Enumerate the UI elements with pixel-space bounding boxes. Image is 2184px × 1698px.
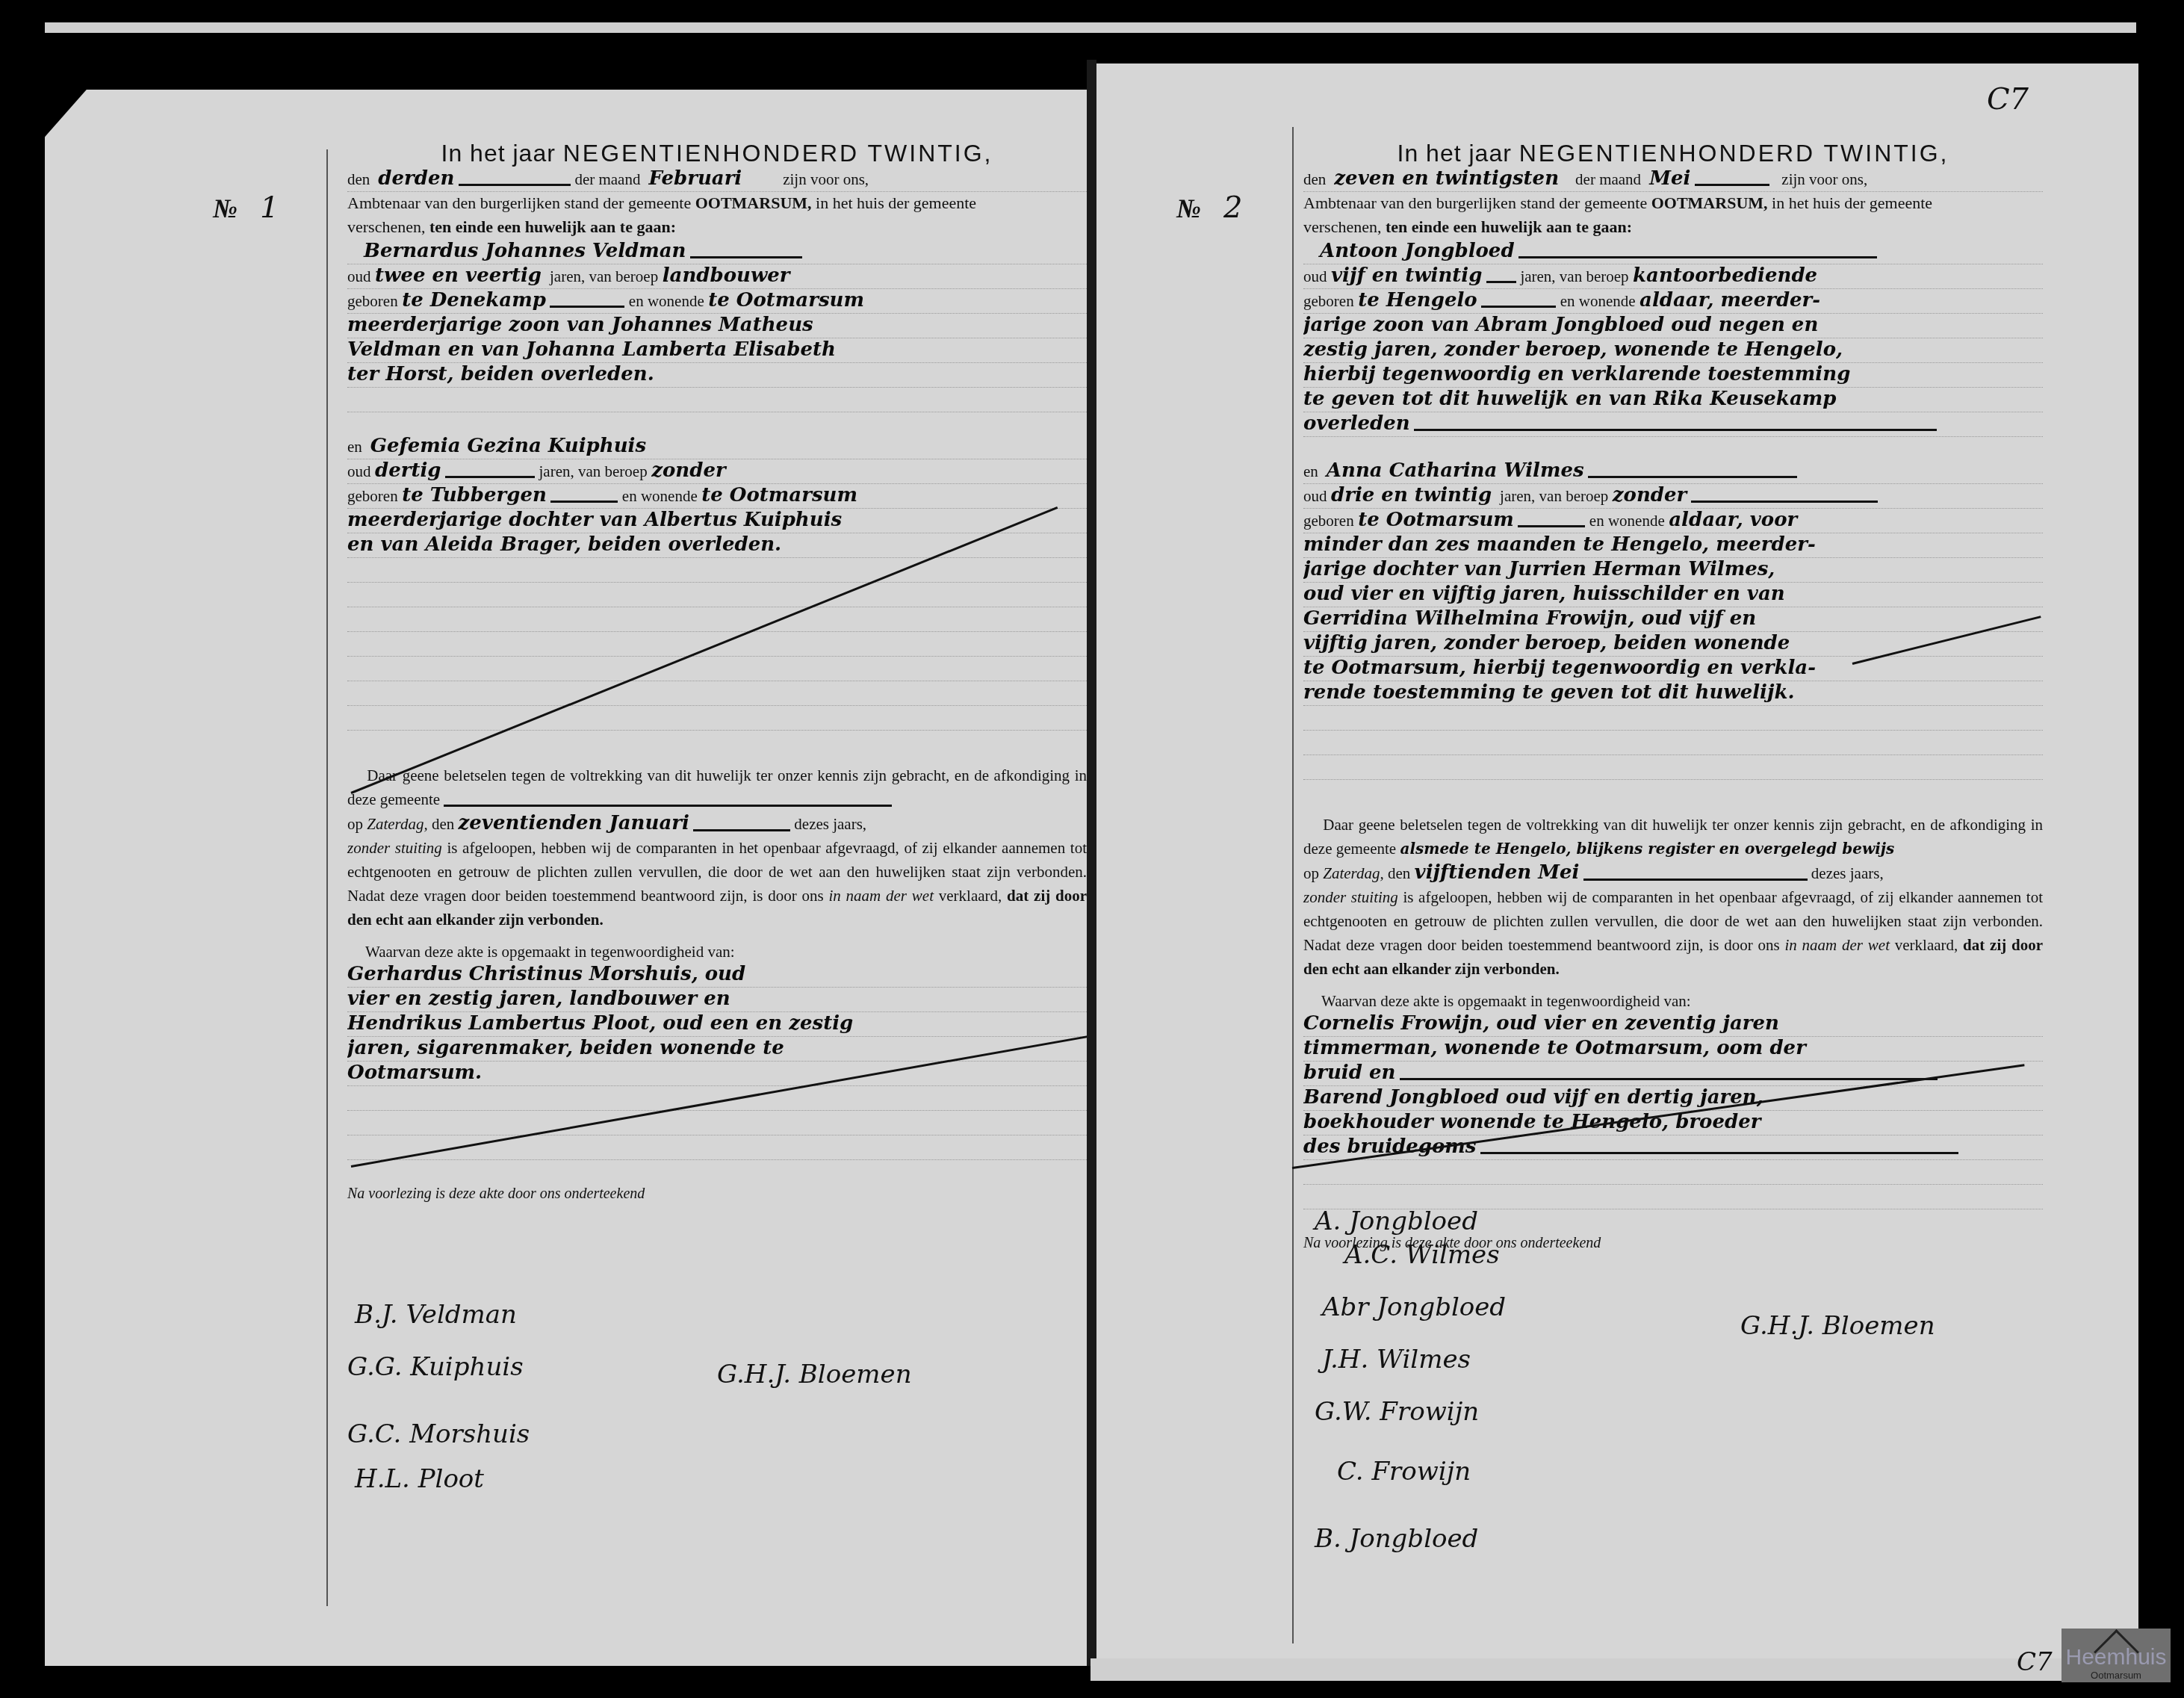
signature-parent: Abr Jongbloed [1322, 1292, 1506, 1322]
signature-groom: B.J. Veldman [355, 1300, 517, 1330]
ten-einde: ten einde een huwelijk aan te gaan: [429, 217, 676, 236]
signature-parent: J.H. Wilmes [1322, 1345, 1471, 1375]
bride-name-line: en Anna Catharina Wilmes [1303, 459, 2043, 484]
groom-name: Antoon Jongbloed [1320, 240, 1515, 262]
ambtenaar-line: Ambtenaar van den burgerlijken stand der… [1303, 192, 2043, 216]
in-het-huis: in het huis der gemeente [816, 193, 976, 212]
wonende-label: en wonende [1589, 512, 1665, 530]
witness-line: Gerhardus Christinus Morshuis, oud [347, 963, 1087, 988]
zonder-stuiting: zonder stuiting [1303, 888, 1398, 906]
witness-text: jaren, sigarenmaker, beiden wonende te [347, 1037, 784, 1059]
den-label: den [347, 170, 370, 188]
bride-residence: te Ootmarsum [701, 484, 857, 506]
groom-extra-line: hierbij tegenwoordig en verklarende toes… [1303, 363, 2043, 388]
blank-line [347, 657, 1087, 681]
month-value: Februari [648, 167, 742, 190]
groom-age-line: oud vijf en twintig jaren, van beroep ka… [1303, 264, 2043, 289]
bride-born-line: geboren te Tubbergen en wonende te Ootma… [347, 484, 1087, 509]
month-label: der maand [1575, 170, 1641, 188]
witness-line: bruid en [1303, 1062, 2043, 1086]
groom-extra-line: Veldman en van Johanna Lamberta Elisabet… [347, 338, 1087, 363]
corner-mark-top: C7 [1987, 82, 2029, 117]
day-value: zeven en twintigsten [1334, 167, 1559, 190]
bride-extra-line: en van Aleida Brager, beiden overleden. [347, 533, 1087, 558]
bride-extra: minder dan zes maanden te Hengelo, meerd… [1303, 533, 1816, 556]
signature-witness: G.C. Morshuis [347, 1419, 530, 1449]
groom-age: vijf en twintig [1331, 264, 1482, 287]
bride-profession: zonder [1613, 484, 1687, 506]
witness-text: bruid en [1303, 1062, 1395, 1084]
beroep-label: jaren, van beroep [1500, 487, 1608, 505]
groom-name: Bernardus Johannes Veldman [364, 240, 686, 262]
akte-2: In het jaar NEGENTIENHONDERD TWINTIG, de… [1303, 142, 2043, 1254]
bride-extra-line: Gerridina Wilhelmina Frowijn, oud vijf e… [1303, 607, 2043, 632]
groom-extra-line: meerderjarige zoon van Johannes Matheus [347, 314, 1087, 338]
groom-profession: landbouwer [663, 264, 790, 287]
zaterdag-label: Zaterdag, [367, 815, 427, 833]
oud-label: oud [1303, 267, 1327, 285]
groom-residence: te Ootmarsum [708, 289, 864, 312]
witness-text: Gerhardus Christinus Morshuis, oud [347, 963, 745, 985]
bride-age: drie en twintig [1331, 484, 1492, 506]
groom-extra: overleden [1303, 412, 1410, 435]
bride-extra: en van Aleida Brager, beiden overleden. [347, 533, 781, 556]
akte-number-1: №1 [213, 190, 279, 225]
groom-age-line: oud twee en veertig jaren, van beroep la… [347, 264, 1087, 289]
den-label: den [1303, 170, 1326, 188]
signature-bride: A.C. Wilmes [1344, 1240, 1500, 1270]
right-margin-rule [1292, 127, 1294, 1643]
verschenen: verschenen, [347, 217, 425, 236]
declaration-paragraph: Daar geene beletselen tegen de voltrekki… [347, 763, 1087, 932]
groom-extra: hierbij tegenwoordig en verklarende toes… [1303, 363, 1850, 385]
blank-line [347, 1111, 1087, 1135]
groom-age: twee en veertig [375, 264, 542, 287]
verklaard: verklaard, [939, 887, 1002, 905]
heading-prefix: In het jaar [1397, 140, 1512, 167]
watermark-logo: Heemhuis Ootmarsum [2062, 1629, 2171, 1682]
witness-text: Barend Jongbloed oud vijf en dertig jare… [1303, 1086, 1763, 1109]
bride-born: te Ootmarsum [1358, 509, 1514, 531]
bride-name-line: en Gefemia Gezina Kuiphuis [347, 435, 1087, 459]
blank-line [347, 558, 1087, 583]
signature-groom: A. Jongbloed [1315, 1206, 1478, 1236]
groom-born: te Hengelo [1358, 289, 1477, 312]
ambtenaar-text: Ambtenaar van den burgerlijken stand der… [347, 193, 691, 212]
groom-extra: meerderjarige zoon van Johannes Matheus [347, 314, 813, 336]
geboren-label: geboren [347, 292, 398, 310]
gemeente-name: OOTMARSUM, [695, 193, 812, 212]
dezes-jaars: dezes jaars, [1811, 864, 1884, 882]
nr-label: № [1176, 193, 1201, 223]
zonder-stuiting: zonder stuiting [347, 839, 442, 857]
corner-mark-bottom: C7 [2017, 1647, 2053, 1677]
nr-label: № [213, 193, 238, 223]
witness-line: Ootmarsum. [347, 1062, 1087, 1086]
heading-prefix: In het jaar [441, 140, 556, 167]
bride-extra: Gerridina Wilhelmina Frowijn, oud vijf e… [1303, 607, 1756, 630]
den-label-2: den [432, 815, 454, 833]
page-edge-strip [45, 22, 2136, 33]
afkondiging-extra: alsmede te Hengelo, blijkens register en… [1400, 840, 1894, 858]
bride-born-line: geboren te Ootmarsum en wonende aldaar, … [1303, 509, 2043, 533]
witness-line: Barend Jongbloed oud vijf en dertig jare… [1303, 1086, 2043, 1111]
witness-line: jaren, sigarenmaker, beiden wonende te [347, 1037, 1087, 1062]
groom-extra: Veldman en van Johanna Lamberta Elisabet… [347, 338, 836, 361]
groom-extra-line: zestig jaren, zonder beroep, wonende te … [1303, 338, 2043, 363]
blank-line [1303, 706, 2043, 731]
zaterdag-label: Zaterdag, [1323, 864, 1383, 882]
akte-1: In het jaar NEGENTIENHONDERD TWINTIG, de… [347, 142, 1087, 1205]
bride-extra-line: jarige dochter van Jurrien Herman Wilmes… [1303, 558, 2043, 583]
signature-registrar: G.H.J. Bloemen [1740, 1311, 1935, 1341]
witness-line: timmerman, wonende te Ootmarsum, oom der [1303, 1037, 2043, 1062]
heading: In het jaar NEGENTIENHONDERD TWINTIG, [347, 142, 1087, 164]
witness-text: boekhouder wonende te Hengelo, broeder [1303, 1111, 1760, 1133]
zijn-voor-ons: zijn voor ons, [783, 170, 869, 188]
witness-line: des bruidegoms [1303, 1135, 2043, 1160]
date-line: den derden der maand Februari zijn voor … [347, 167, 1087, 192]
wonende-label: en wonende [622, 487, 698, 505]
declaration-paragraph: Daar geene beletselen tegen de voltrekki… [1303, 813, 2043, 981]
witness-text: timmerman, wonende te Ootmarsum, oom der [1303, 1037, 1806, 1059]
heading-year: NEGENTIENHONDERD TWINTIG, [563, 140, 993, 167]
in-naam: in naam der wet [828, 887, 934, 905]
zijn-voor-ons: zijn voor ons, [1781, 170, 1867, 188]
bride-age-line: oud dertig jaren, van beroep zonder [347, 459, 1087, 484]
bride-extra: jarige dochter van Jurrien Herman Wilmes… [1303, 558, 1775, 580]
date-line: den zeven en twintigsten der maand Mei z… [1303, 167, 2043, 192]
beroep-label: jaren, van beroep [1520, 267, 1628, 285]
groom-residence: aldaar, meerder- [1639, 289, 1820, 312]
waarvan-label: Waarvan deze akte is opgemaakt in tegenw… [347, 941, 1087, 963]
verschenen-line: verschenen, ten einde een huwelijk aan t… [347, 216, 1087, 240]
book-spine [1087, 60, 1096, 1666]
bride-extra-line: te Ootmarsum, hierbij tegenwoordig en ve… [1303, 657, 2043, 681]
blank-line [1303, 755, 2043, 780]
signature-witness: B. Jongbloed [1315, 1524, 1478, 1554]
op-label: op [347, 815, 363, 833]
verklaard: verklaard, [1895, 936, 1958, 954]
proclamation-date: zeventienden Januari [459, 812, 689, 834]
beroep-label: jaren, van beroep [539, 462, 648, 480]
bride-extra-line: rende toestemming te geven tot dit huwel… [1303, 681, 2043, 706]
in-naam: in naam der wet [1784, 936, 1890, 954]
blank-line [347, 607, 1087, 632]
geboren-label: geboren [347, 487, 398, 505]
bride-extra-line: minder dan zes maanden te Hengelo, meerd… [1303, 533, 2043, 558]
blank-line [347, 1086, 1087, 1111]
heading-year: NEGENTIENHONDERD TWINTIG, [1519, 140, 1949, 167]
daar-geene: Daar geene beletselen tegen de voltrekki… [1323, 816, 1945, 834]
bride-age: dertig [375, 459, 441, 482]
gemeente-name: OOTMARSUM, [1651, 193, 1768, 212]
page-edge-strip [1091, 1658, 2084, 1681]
signature-registrar: G.H.J. Bloemen [717, 1360, 912, 1389]
na-voorlezing: Na voorlezing is deze akte door ons onde… [347, 1183, 1087, 1205]
proclamation-date: vijftienden Mei [1415, 861, 1580, 884]
signature-bride: G.G. Kuiphuis [347, 1352, 524, 1382]
en-label: en [1303, 462, 1318, 480]
groom-born-line: geboren te Hengelo en wonende aldaar, me… [1303, 289, 2043, 314]
bride-extra: rende toestemming te geven tot dit huwel… [1303, 681, 1794, 704]
groom-name-line: Bernardus Johannes Veldman [347, 240, 1087, 264]
bride-residence: aldaar, voor [1669, 509, 1797, 531]
groom-extra: zestig jaren, zonder beroep, wonende te … [1303, 338, 1843, 361]
groom-extra: te geven tot dit huwelijk en van Rika Ke… [1303, 388, 1836, 410]
signature-witness: C. Frowijn [1337, 1457, 1471, 1487]
oud-label: oud [347, 462, 371, 480]
bride-extra-line: oud vier en vijftig jaren, huisschilder … [1303, 583, 2043, 607]
ten-einde: ten einde een huwelijk aan te gaan: [1386, 217, 1632, 236]
blank-line [347, 388, 1087, 412]
groom-extra-line: te geven tot dit huwelijk en van Rika Ke… [1303, 388, 2043, 412]
signature-parent: G.W. Frowijn [1315, 1397, 1479, 1427]
groom-extra: ter Horst, beiden overleden. [347, 363, 654, 385]
groom-extra-line: overleden [1303, 412, 2043, 437]
op-label: op [1303, 864, 1319, 882]
nr-value: 1 [260, 190, 279, 225]
oud-label: oud [347, 267, 371, 285]
witness-line: Cornelis Frowijn, oud vier en zeventig j… [1303, 1012, 2043, 1037]
groom-extra-line: jarige zoon van Abram Jongbloed oud nege… [1303, 314, 2043, 338]
den-label-2: den [1388, 864, 1410, 882]
geboren-label: geboren [1303, 292, 1354, 310]
left-margin-rule [326, 149, 328, 1606]
bride-extra: te Ootmarsum, hierbij tegenwoordig en ve… [1303, 657, 1816, 679]
in-het-huis: in het huis der gemeente [1772, 193, 1932, 212]
verschenen: verschenen, [1303, 217, 1381, 236]
wonende-label: en wonende [1560, 292, 1636, 310]
bride-extra: oud vier en vijftig jaren, huisschilder … [1303, 583, 1785, 605]
dezes-jaars: dezes jaars, [794, 815, 866, 833]
verschenen-line: verschenen, ten einde een huwelijk aan t… [1303, 216, 2043, 240]
bride-extra: meerderjarige dochter van Albertus Kuiph… [347, 509, 842, 531]
oud-label: oud [1303, 487, 1327, 505]
witness-text: Ootmarsum. [347, 1062, 482, 1084]
ambtenaar-line: Ambtenaar van den burgerlijken stand der… [347, 192, 1087, 216]
witness-text: Hendrikus Lambertus Ploot, oud een en ze… [347, 1012, 853, 1035]
groom-extra-line: ter Horst, beiden overleden. [347, 363, 1087, 388]
month-label: der maand [574, 170, 640, 188]
en-label: en [347, 438, 362, 456]
witness-line: Hendrikus Lambertus Ploot, oud een en ze… [347, 1012, 1087, 1037]
month-value: Mei [1649, 167, 1690, 190]
bride-extra-line: meerderjarige dochter van Albertus Kuiph… [347, 509, 1087, 533]
bride-born: te Tubbergen [402, 484, 547, 506]
blank-line [347, 681, 1087, 706]
blank-line [347, 583, 1087, 607]
daar-geene: Daar geene beletselen tegen de voltrekki… [367, 766, 989, 784]
blank-line [1303, 731, 2043, 755]
akte-number-2: №2 [1176, 190, 1242, 225]
bride-name: Anna Catharina Wilmes [1327, 459, 1584, 482]
day-value: derden [378, 167, 454, 190]
nr-value: 2 [1223, 190, 1242, 225]
bride-name: Gefemia Gezina Kuiphuis [370, 435, 646, 457]
heading: In het jaar NEGENTIENHONDERD TWINTIG, [1303, 142, 2043, 164]
witness-text: Cornelis Frowijn, oud vier en zeventig j… [1303, 1012, 1779, 1035]
bride-profession: zonder [651, 459, 725, 482]
groom-born-line: geboren te Denekamp en wonende te Ootmar… [347, 289, 1087, 314]
bride-extra: vijftig jaren, zonder beroep, beiden won… [1303, 632, 1790, 654]
waarvan-label: Waarvan deze akte is opgemaakt in tegenw… [1303, 990, 2043, 1012]
ambtenaar-text: Ambtenaar van den burgerlijken stand der… [1303, 193, 1647, 212]
groom-extra: jarige zoon van Abram Jongbloed oud nege… [1303, 314, 1818, 336]
groom-name-line: Antoon Jongbloed [1303, 240, 2043, 264]
groom-born: te Denekamp [402, 289, 546, 312]
blank-line [347, 706, 1087, 731]
geboren-label: geboren [1303, 512, 1354, 530]
blank-line [1303, 1160, 2043, 1185]
witness-text: vier en zestig jaren, landbouwer en [347, 988, 730, 1010]
beroep-label: jaren, van beroep [550, 267, 658, 285]
wonende-label: en wonende [629, 292, 704, 310]
witness-line: vier en zestig jaren, landbouwer en [347, 988, 1087, 1012]
bride-age-line: oud drie en twintig jaren, van beroep zo… [1303, 484, 2043, 509]
signature-witness: H.L. Ploot [355, 1464, 484, 1494]
groom-profession: kantoorbediende [1633, 264, 1817, 287]
